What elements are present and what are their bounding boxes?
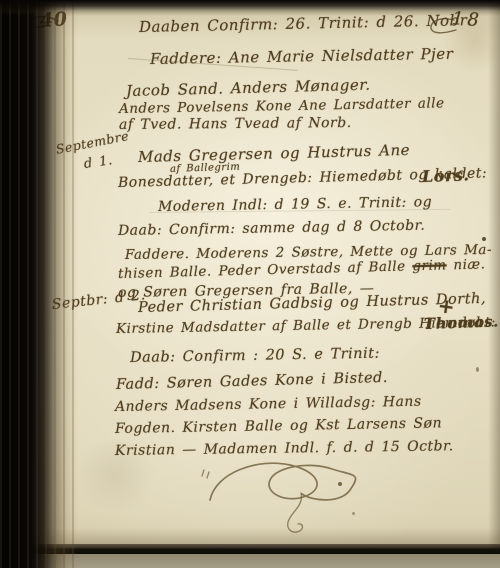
entry2-line6-post: niæ. xyxy=(453,256,485,273)
entry3-line5: Anders Madsens Kone i Willadsg: Hans xyxy=(115,394,422,415)
flourish-signature-mark xyxy=(190,448,375,540)
page-number-left: 40 xyxy=(39,8,68,32)
entry2-child-name: Lors. xyxy=(422,165,470,186)
margin-note-september-2: Septbr: d 2. xyxy=(51,287,146,313)
margin-note-september-1: Septembre xyxy=(55,128,131,157)
page-edge-right xyxy=(488,0,500,568)
ink-speck xyxy=(476,367,479,372)
entry3-line3: Daab: Confirm : 20 S. e Trinit: xyxy=(130,346,380,366)
scan-background-strip xyxy=(0,554,500,568)
book-binding-shadow xyxy=(0,0,78,568)
entry3-child-name: Thomas. xyxy=(424,312,499,333)
entry1-line1: Daaben Confirm: 26. Trinit: d 26. Nobr: xyxy=(139,11,473,36)
entry2-line6-struck-word: grim xyxy=(412,257,447,274)
entry3-line4: Fadd: Søren Gades Kone i Bisted. xyxy=(116,370,388,393)
margin-note-september-1-day: d 1. xyxy=(83,153,114,172)
entry2-line3: Moderen Indl: d 19 S. e. Trinit: og xyxy=(158,194,432,215)
entry3-line6: Fogden. Kirsten Balle og Kst Larsens Søn xyxy=(115,415,442,437)
page-bottom-shadow xyxy=(0,528,500,546)
entry2-line4: Daab: Confirm: samme dag d 8 Octobr. xyxy=(118,218,425,239)
ink-speck xyxy=(482,237,486,241)
page-edge-bottom xyxy=(0,544,500,556)
ink-speck xyxy=(352,512,355,515)
entry1-line2: Faddere: Ane Marie Nielsdatter Pjer xyxy=(150,45,454,68)
manuscript-page: 40 18 Daaben Confirm: 26. Trinit: d 26. … xyxy=(0,0,500,568)
entry3-line7: Kristian — Madamen Indl. f. d. d 15 Octb… xyxy=(115,438,454,459)
entry1-line5: af Tved. Hans Tvead af Norb. xyxy=(119,115,352,133)
entry2-line1: Mads Gregersen og Hustrus Ane xyxy=(138,141,410,166)
